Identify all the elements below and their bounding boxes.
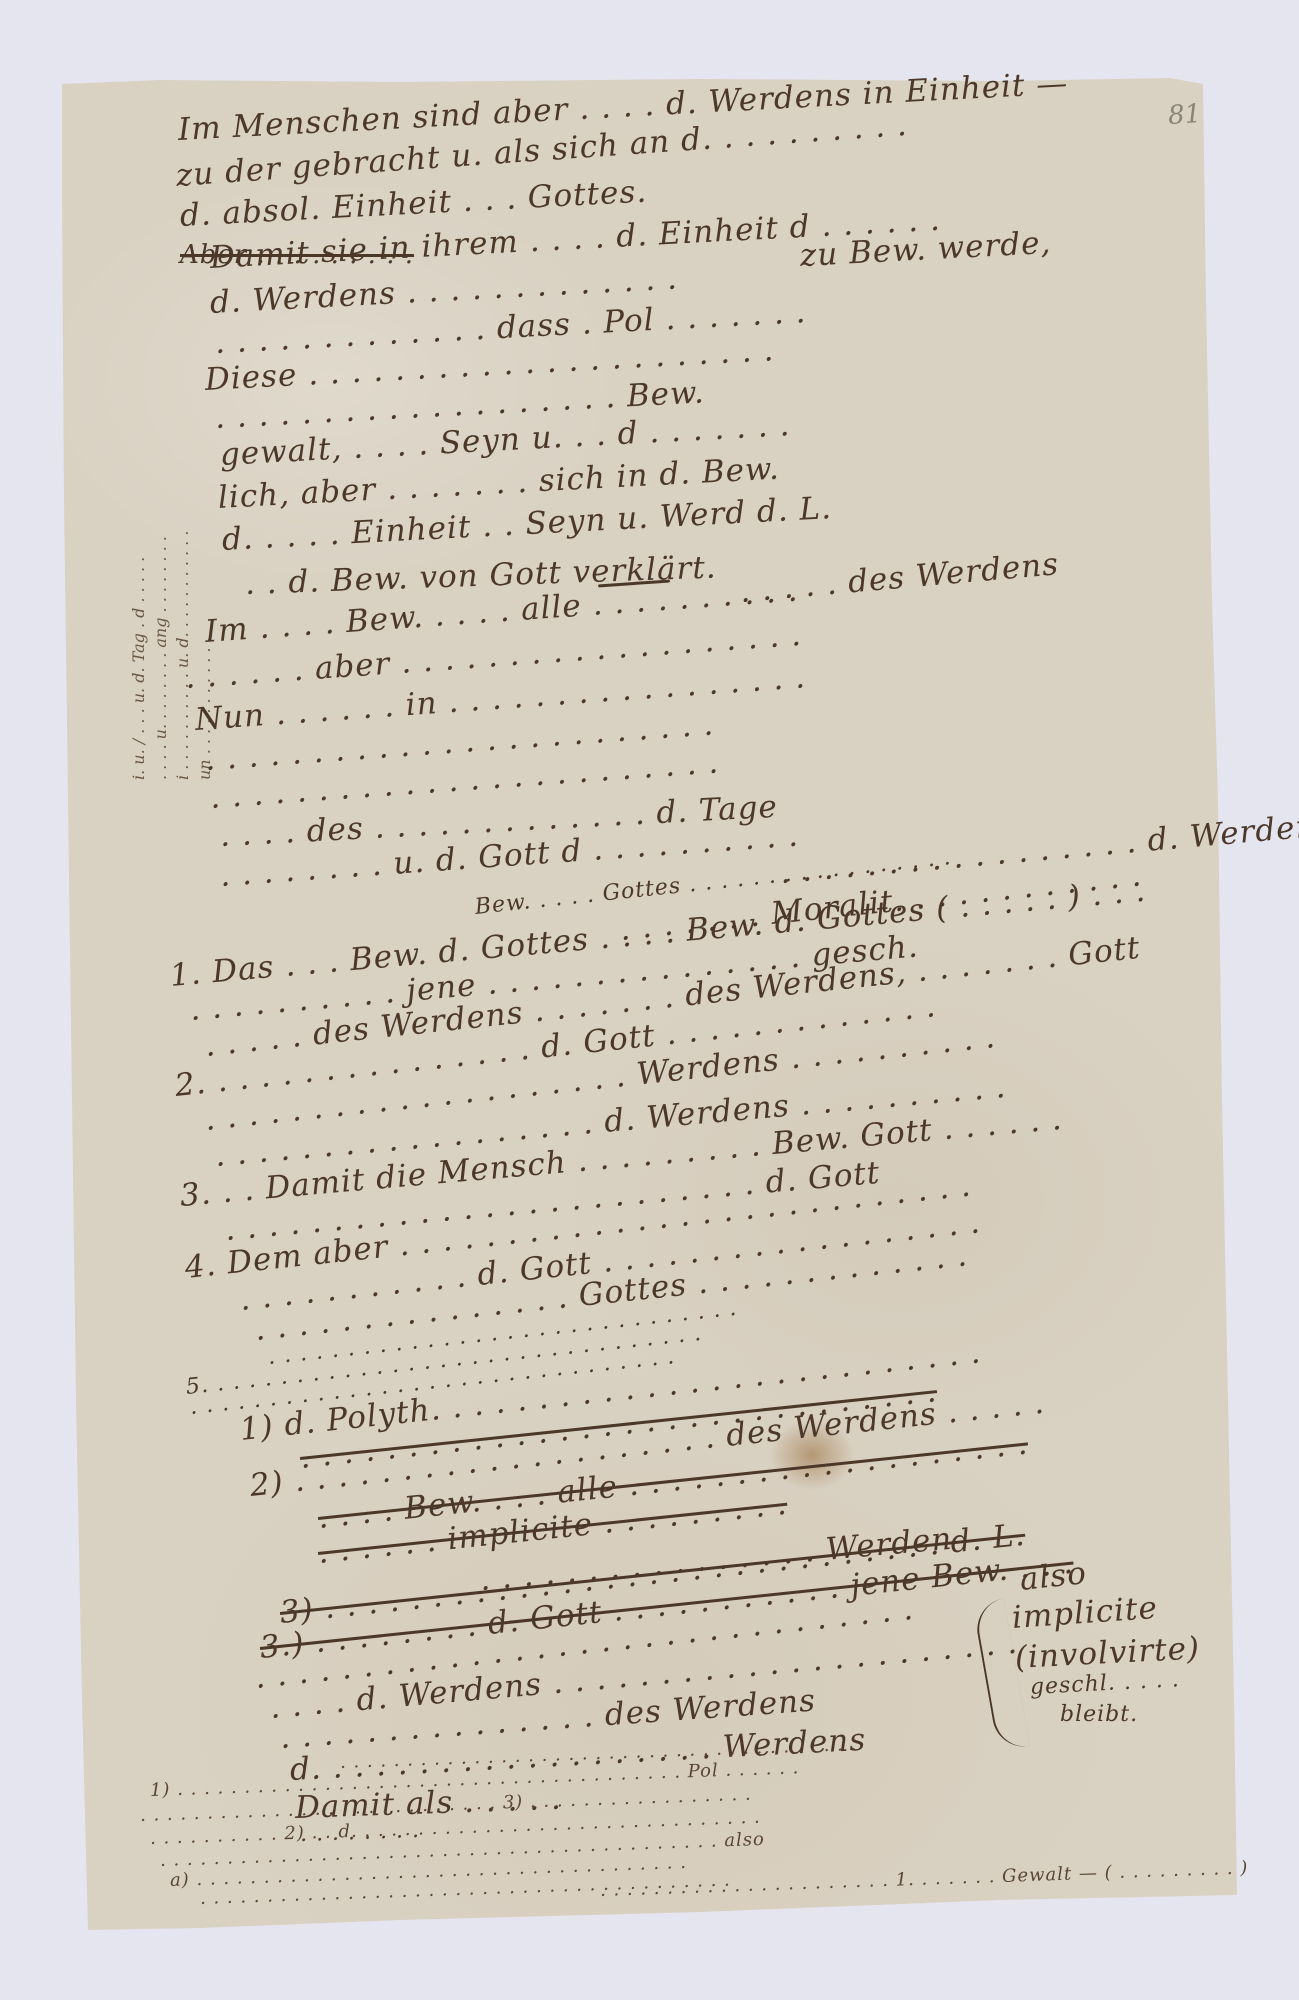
margin-note-line: i. u. / . . . u. d. Tag . d . . . . . bbox=[128, 531, 150, 780]
text-line: also bbox=[1018, 1555, 1088, 1598]
page-number: 81 bbox=[1167, 99, 1202, 131]
margin-note-line: i . . . . . . . . . . u. d. . . . . . . … bbox=[172, 531, 194, 780]
margin-note-line: . . . . u. . . . . . . . ang . . . . . .… bbox=[150, 531, 172, 780]
text-line: bleibt. bbox=[1060, 1702, 1138, 1727]
